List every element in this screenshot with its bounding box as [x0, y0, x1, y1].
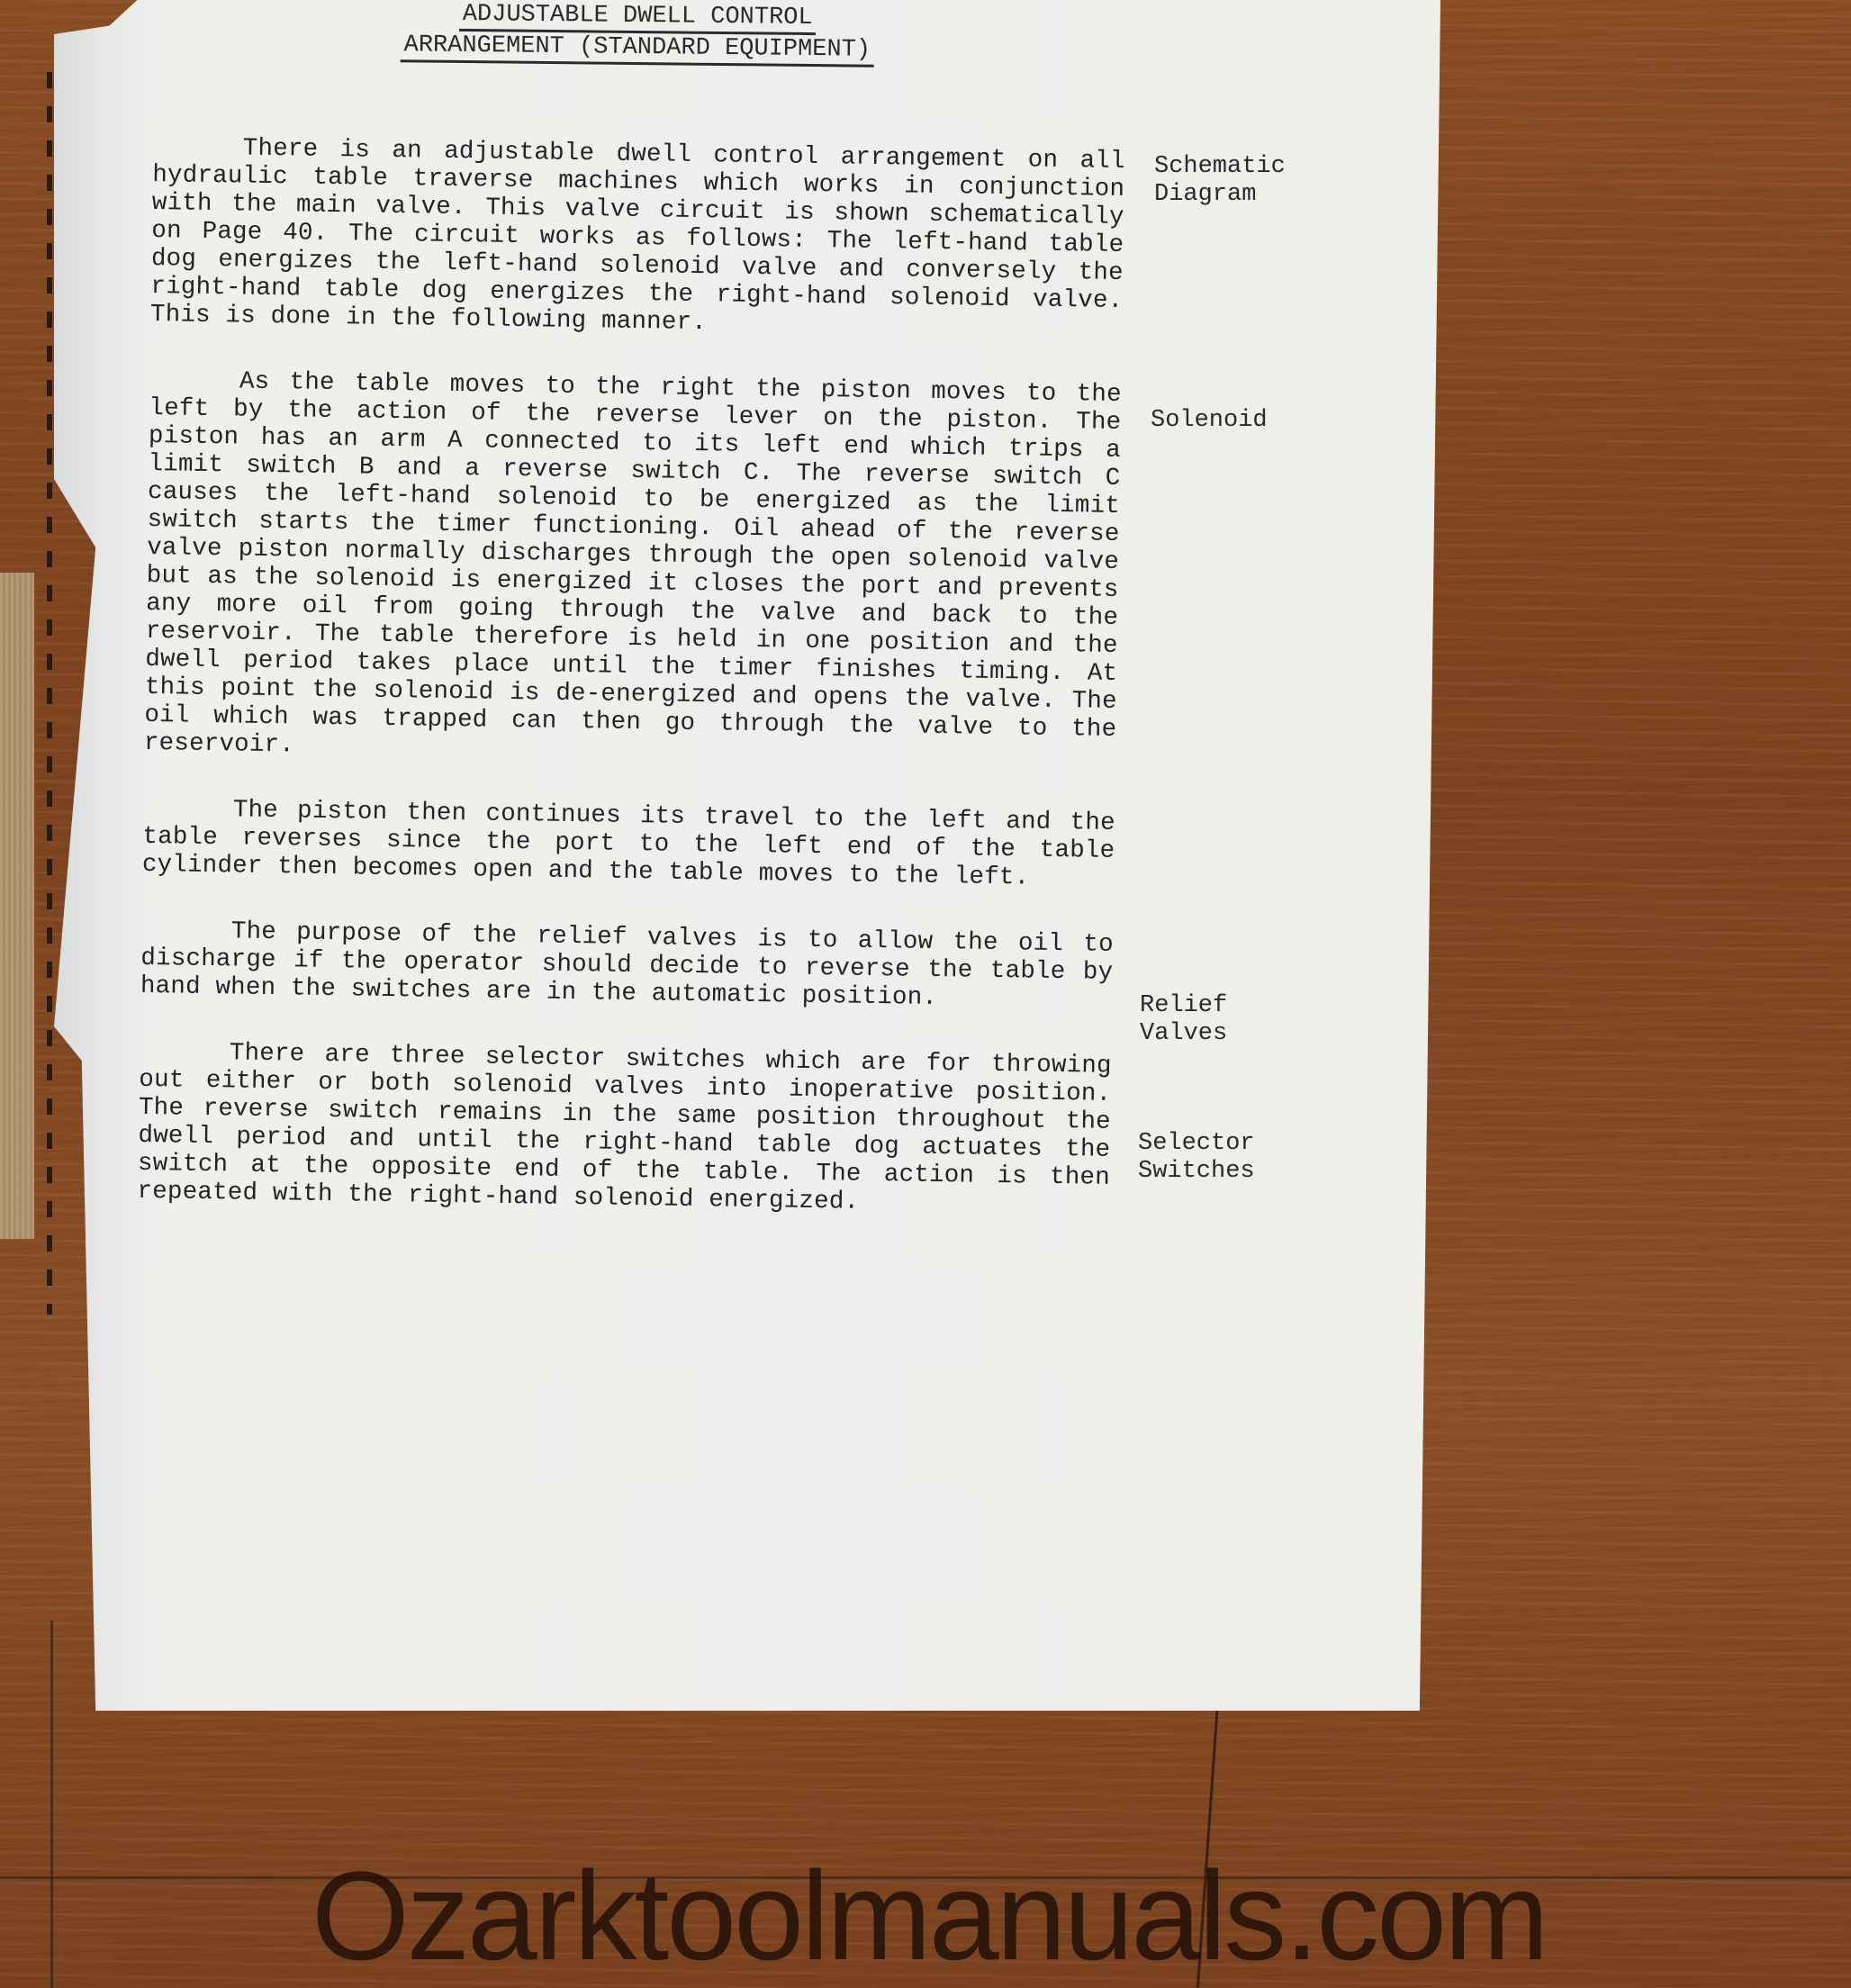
wood-groove-vertical: [50, 1621, 53, 1988]
watermark: Ozarktoolmanuals.com: [312, 1853, 1547, 1979]
margin-note-solenoid: Solenoid: [1151, 407, 1322, 435]
paragraph-relief-valves: The purpose of the relief valves is to a…: [140, 917, 1114, 1015]
document-body: There is an adjustable dwell control arr…: [137, 133, 1125, 1258]
binding-holes: [41, 72, 59, 1315]
paragraph-schematic: There is an adjustable dwell control arr…: [150, 133, 1125, 343]
margin-note-schematic-diagram: Schematic Diagram: [1154, 153, 1325, 209]
title-line-1: ADJUSTABLE DWELL CONTROL: [459, 0, 817, 35]
margin-note-relief-valves: Relief Valves: [1140, 992, 1248, 1048]
paragraph-solenoid: As the table moves to the right the pist…: [144, 366, 1122, 772]
paragraph-selector-switches: There are three selector switches which …: [137, 1038, 1112, 1220]
document-title: ADJUSTABLE DWELL CONTROL ARRANGEMENT (ST…: [367, 0, 908, 68]
felt-pad: [0, 573, 34, 1239]
margin-note-selector-switches: Selector Switches: [1138, 1130, 1273, 1186]
title-line-2: ARRANGEMENT (STANDARD EQUIPMENT): [400, 31, 874, 68]
paragraph-piston-travel: The piston then continues its travel to …: [142, 795, 1115, 893]
